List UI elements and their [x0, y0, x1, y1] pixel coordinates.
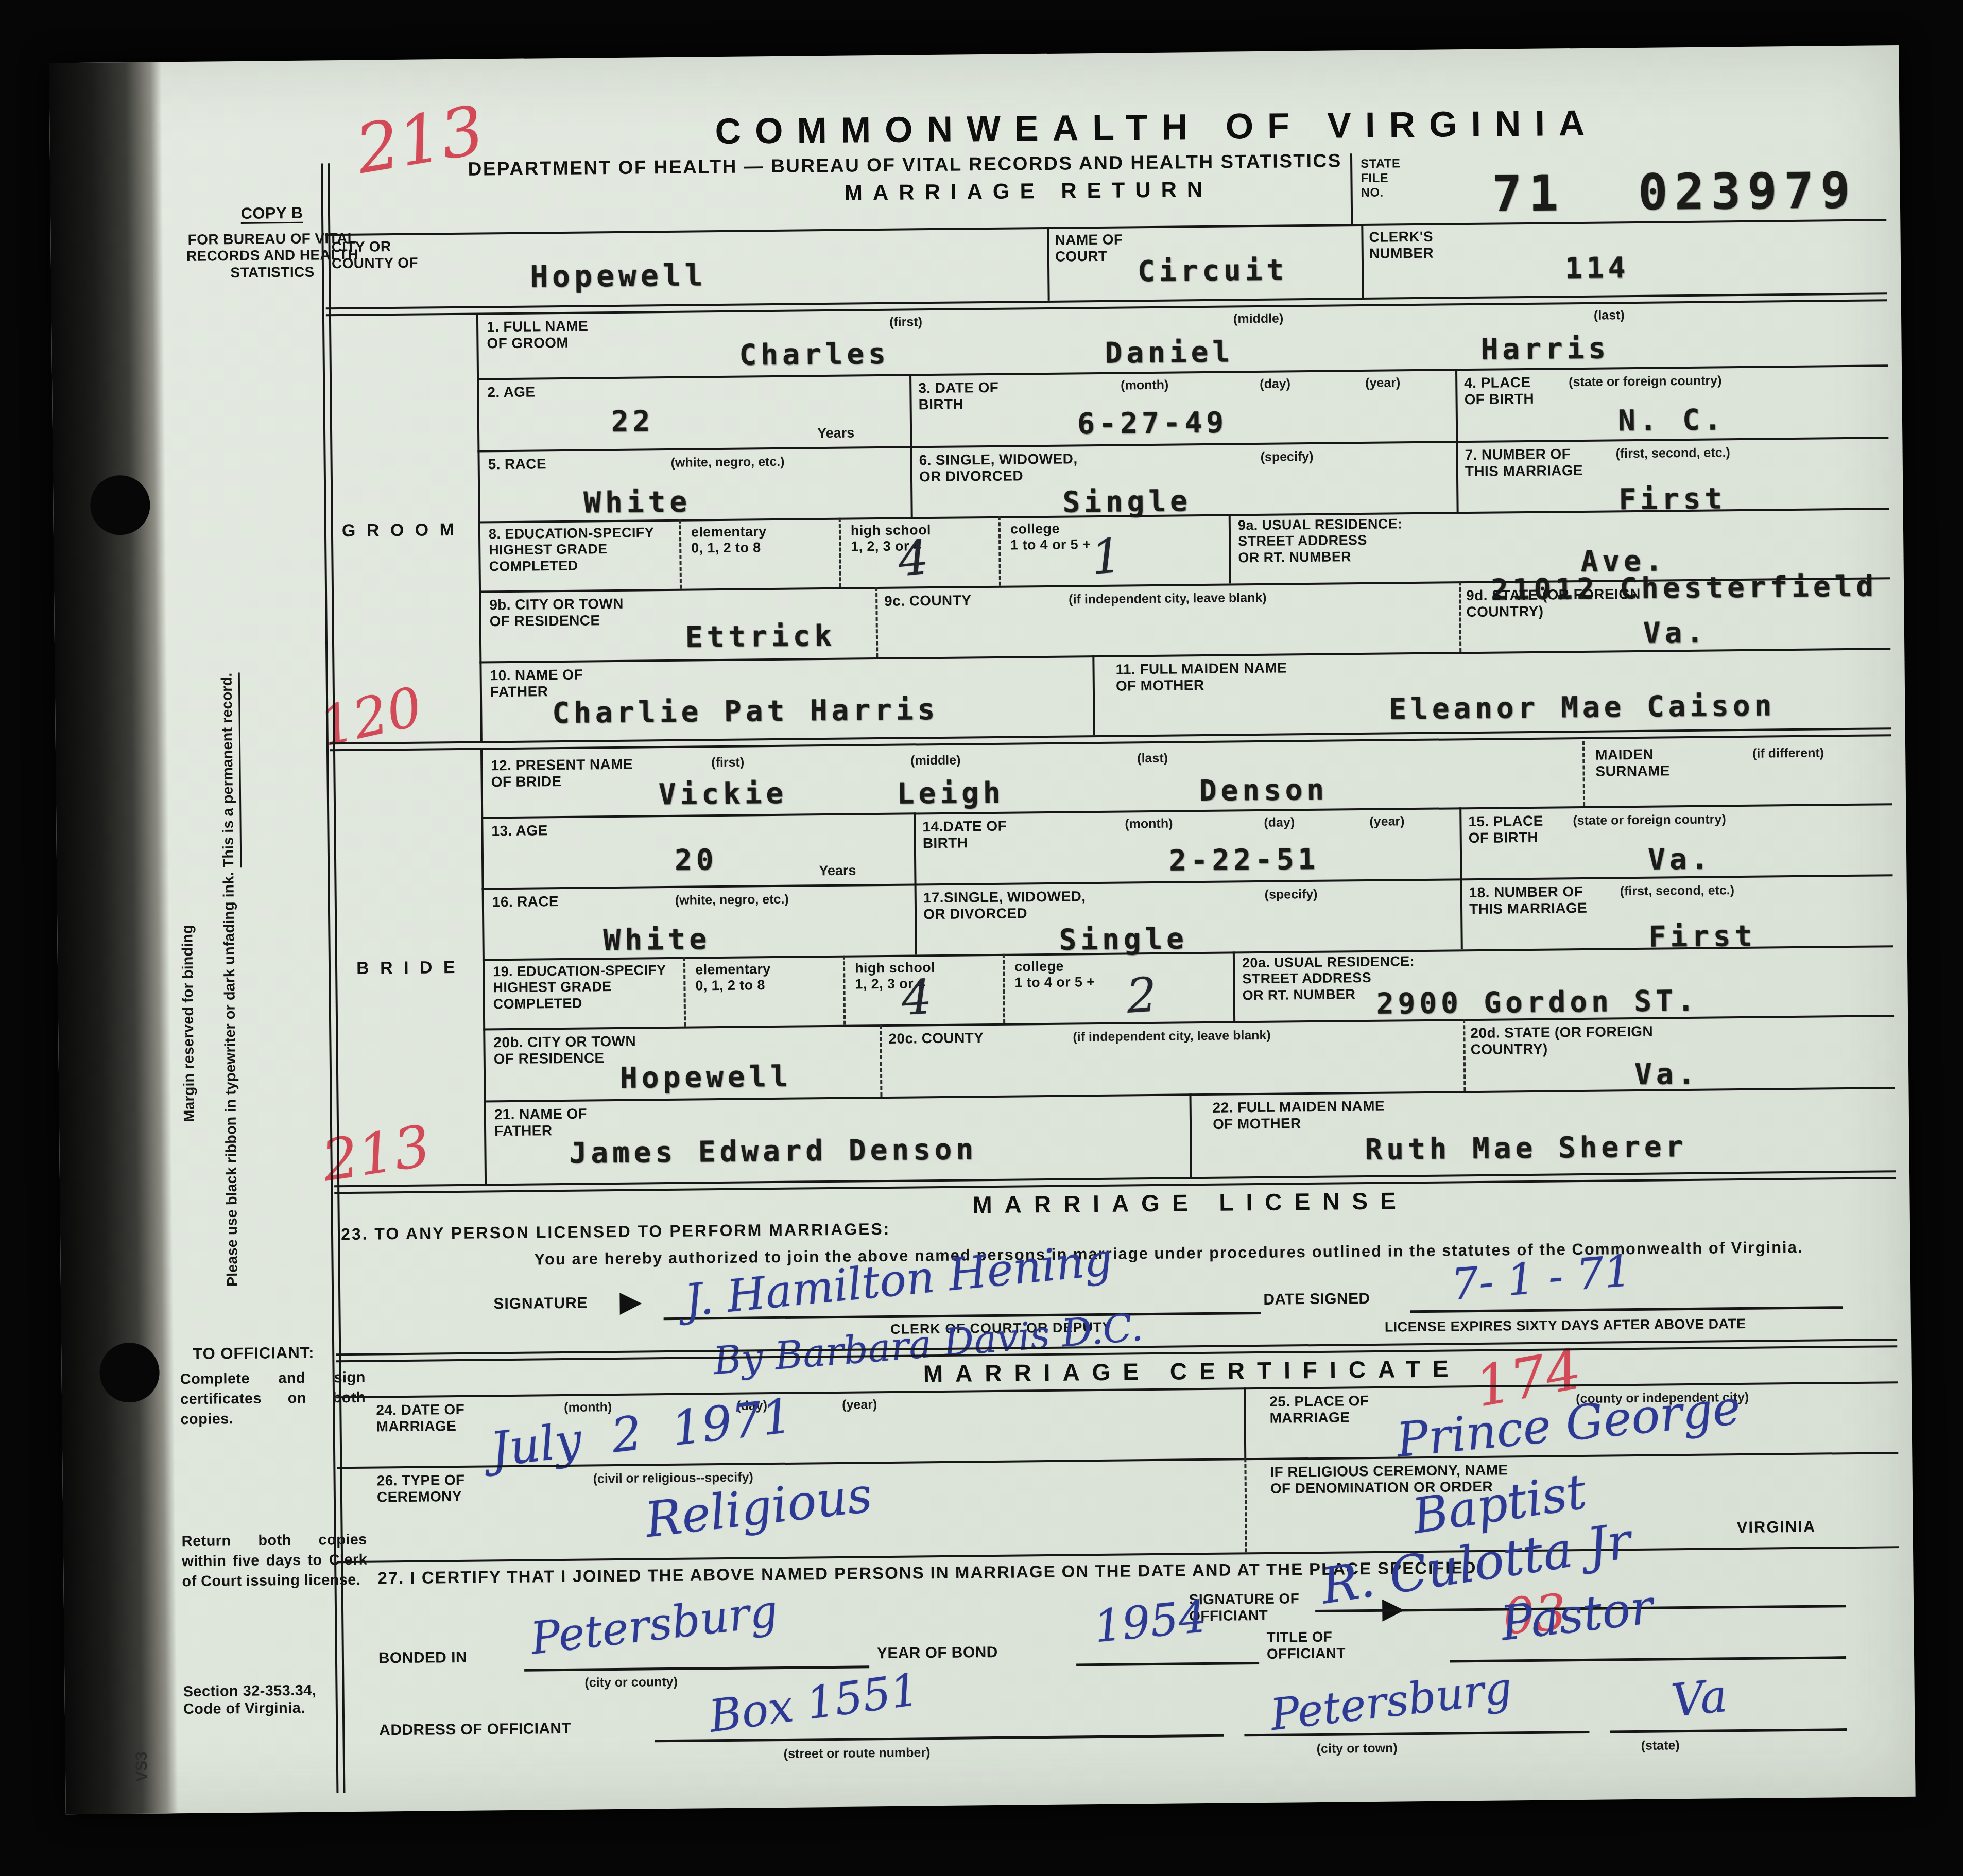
- divider-dashed: [1459, 581, 1461, 652]
- code-reference: Section 32-353.34, Code of Virginia.: [183, 1682, 316, 1718]
- divider-dashed: [880, 1024, 882, 1097]
- divider: [1092, 655, 1095, 735]
- address-city-value: Petersburg: [1268, 1662, 1514, 1740]
- groom-father-label: 10. NAME OF FATHER: [490, 667, 583, 701]
- bonded-in-line: [524, 1665, 869, 1671]
- groom-name-label: 1. FULL NAME OF GROOM: [487, 318, 589, 352]
- bond-year-label: YEAR OF BOND: [877, 1644, 998, 1663]
- groom-age-label: 2. AGE: [487, 384, 535, 401]
- groom-marital-value: Single: [1062, 484, 1192, 519]
- groom-last-value: Harris: [1480, 332, 1610, 366]
- permanent-record-note: This is a permanent record.: [219, 673, 237, 868]
- bride-county-sub: (if independent city, leave blank): [1073, 1028, 1271, 1045]
- ink-note: Please use black ribbon in typewriter or…: [220, 867, 241, 1287]
- bond-year-line: [1076, 1662, 1259, 1666]
- bride-pob-sub: (state or foreign country): [1573, 812, 1726, 828]
- divider-dashed: [839, 518, 841, 587]
- groom-race-sub: (white, negro, etc.): [671, 455, 785, 471]
- groom-highschool-value: 4: [896, 530, 931, 587]
- marriage-return-document: COPY B FOR BUREAU OF VITAL RECORDS AND H…: [49, 45, 1915, 1814]
- address-state-line: [1610, 1728, 1847, 1733]
- document-title: COMMONWEALTH OF VIRGINIA: [487, 100, 1827, 154]
- divider: [1189, 1093, 1192, 1177]
- bride-first-sub: (first): [711, 755, 744, 771]
- bride-pob-value: Va.: [1648, 843, 1713, 877]
- marriage-date-year-sub: (year): [842, 1397, 877, 1413]
- marriage-place-label: 25. PLACE OF MARRIAGE: [1269, 1393, 1369, 1427]
- groom-section-label: G R O O M: [342, 520, 457, 542]
- bride-marital-value: Single: [1059, 922, 1188, 957]
- groom-mother-label: 11. FULL MAIDEN NAME OF MOTHER: [1115, 659, 1287, 694]
- divider-dashed: [683, 957, 686, 1027]
- margin-note: Margin reserved for binding: [178, 731, 198, 1122]
- bonded-in-label: BONDED IN: [378, 1649, 467, 1667]
- groom-state-value: Va.: [1643, 616, 1708, 650]
- groom-marriage-number-sub: (first, second, etc.): [1615, 445, 1730, 461]
- groom-age-value: 22: [611, 405, 655, 439]
- bride-elementary-label: elementary 0, 1, 2 to 8: [695, 961, 771, 994]
- virginia-printed-label: VIRGINIA: [1736, 1518, 1816, 1537]
- bride-race-sub: (white, negro, etc.): [675, 892, 789, 908]
- bride-age-unit: Years: [819, 863, 856, 879]
- bride-marital-label: 17.SINGLE, WIDOWED, OR DIVORCED: [923, 888, 1086, 923]
- divider-dashed: [875, 587, 878, 657]
- groom-pob-label: 4. PLACE OF BIRTH: [1464, 374, 1534, 408]
- bride-residence-value: 2900 Gordon ST.: [1376, 984, 1699, 1021]
- groom-marital-sub: (specify): [1260, 449, 1313, 465]
- bride-county-label: 20c. COUNTY: [888, 1030, 984, 1047]
- groom-column-divider: [476, 313, 483, 741]
- bride-dob-value: 2-22-51: [1169, 843, 1320, 878]
- groom-pob-value: N. C.: [1618, 403, 1726, 438]
- ink-note-block: Please use black ribbon in typewriter or…: [217, 504, 242, 1287]
- groom-dob-year-sub: (year): [1365, 375, 1400, 391]
- bride-city-value: Hopewell: [620, 1060, 792, 1095]
- bonded-in-sub: (city or county): [584, 1675, 678, 1691]
- bride-city-label: 20b. CITY OR TOWN OF RESIDENCE: [493, 1033, 636, 1068]
- copy-label: COPY B: [177, 203, 367, 224]
- bride-dob-day-sub: (day): [1264, 815, 1295, 830]
- groom-middle-value: Daniel: [1105, 335, 1234, 370]
- groom-mother-value: Eleanor Mae Caison: [1389, 689, 1776, 726]
- arrow-right-icon: ▶: [619, 1287, 642, 1316]
- address-street-value: Box 1551: [706, 1664, 922, 1743]
- divider-dashed: [998, 516, 1001, 586]
- groom-marriage-number-label: 7. NUMBER OF THIS MARRIAGE: [1465, 446, 1583, 480]
- license-signature-label: SIGNATURE: [493, 1295, 588, 1314]
- divider: [1244, 1387, 1246, 1458]
- punch-hole-top: [90, 475, 150, 535]
- bonded-in-value: Petersburg: [528, 1585, 780, 1664]
- address-street-sub: (street or route number): [784, 1745, 931, 1762]
- binding-strip: [49, 62, 178, 1814]
- bride-mother-value: Ruth Mae Sherer: [1365, 1130, 1687, 1167]
- bride-marriage-number-label: 18. NUMBER OF THIS MARRIAGE: [1469, 883, 1588, 918]
- bride-column-divider: [480, 748, 487, 1184]
- clerk-number-value: 114: [1565, 251, 1630, 285]
- certify-statement: 27. I CERTIFY THAT I JOINED THE ABOVE NA…: [377, 1558, 1482, 1588]
- groom-first-value: Charles: [739, 337, 890, 372]
- state-file-value: 71 023979: [1492, 162, 1857, 223]
- form-code: VS3: [132, 1699, 151, 1782]
- groom-last-sub: (last): [1594, 308, 1625, 323]
- bride-state-value: Va.: [1634, 1057, 1699, 1091]
- divider-city-court: [1047, 227, 1049, 301]
- bride-college-value: 2: [1125, 967, 1158, 1023]
- groom-dob-label: 3. DATE OF BIRTH: [918, 379, 999, 413]
- bride-middle-sub: (middle): [910, 753, 960, 769]
- bride-first-value: Vickie: [659, 777, 788, 811]
- punch-hole-bottom: [99, 1343, 160, 1403]
- rule: [483, 1015, 1894, 1030]
- ceremony-type-label: 26. TYPE OF CEREMONY: [376, 1472, 465, 1506]
- bride-name-label: 12. PRESENT NAME OF BRIDE: [491, 756, 633, 791]
- officiant-title-label: TITLE OF OFFICIANT: [1266, 1628, 1346, 1662]
- bride-marriage-number-sub: (first, second, etc.): [1620, 883, 1735, 899]
- state-file-label: STATE FILE NO.: [1361, 157, 1401, 200]
- bond-year-value: 1954: [1092, 1591, 1209, 1653]
- groom-county-sub: (if independent city, leave blank): [1069, 590, 1267, 607]
- bride-age-value: 20: [675, 843, 718, 877]
- bride-race-label: 16. RACE: [492, 893, 559, 911]
- groom-city-value: Ettrick: [685, 619, 836, 654]
- bride-dob-label: 14.DATE OF BIRTH: [922, 818, 1007, 853]
- groom-race-value: White: [583, 485, 691, 520]
- bride-last-sub: (last): [1137, 751, 1168, 767]
- rule: [338, 1546, 1899, 1563]
- groom-race-label: 5. RACE: [488, 456, 547, 473]
- divider-dashed: [1582, 741, 1585, 806]
- bride-race-value: White: [603, 923, 711, 957]
- city-or-county-value: Hopewell: [530, 257, 707, 294]
- bride-father-label: 21. NAME OF FATHER: [494, 1106, 588, 1140]
- city-or-county-label: CITY OR COUNTY OF: [331, 238, 418, 273]
- court-label: NAME OF COURT: [1055, 231, 1123, 265]
- bride-age-label: 13. AGE: [491, 822, 547, 840]
- marriage-date-label: 24. DATE OF MARRIAGE: [376, 1401, 465, 1436]
- bride-section-label: B R I D E: [356, 958, 458, 979]
- divider-court-clerk: [1361, 224, 1364, 298]
- groom-age-unit: Years: [817, 425, 854, 442]
- groom-dob-value: 6-27-49: [1077, 406, 1228, 441]
- bride-education-label: 19. EDUCATION-SPECIFY HIGHEST GRADE COMP…: [493, 962, 666, 1012]
- groom-first-sub: (first): [889, 315, 922, 330]
- bride-highschool-value: 4: [900, 969, 933, 1026]
- groom-middle-sub: (middle): [1233, 311, 1283, 326]
- groom-dob-month-sub: (month): [1121, 378, 1168, 393]
- groom-state-label: 9d. STATE (OR FOREIGN COUNTRY): [1466, 586, 1641, 621]
- divider: [1233, 951, 1235, 1021]
- divider: [1229, 514, 1231, 583]
- bride-mother-label: 22. FULL MAIDEN NAME OF MOTHER: [1213, 1098, 1385, 1133]
- bride-college-label: college 1 to 4 or 5 +: [1014, 958, 1095, 991]
- bride-father-value: James Edward Denson: [569, 1133, 977, 1170]
- license-addressee: 23. TO ANY PERSON LICENSED TO PERFORM MA…: [341, 1220, 891, 1244]
- groom-education-label: 8. EDUCATION-SPECIFY HIGHEST GRADE COMPL…: [489, 525, 655, 575]
- date-signed-label: DATE SIGNED: [1263, 1290, 1370, 1309]
- bride-maiden-surname-label: MAIDEN SURNAME: [1595, 746, 1670, 780]
- groom-residence-label: 9a. USUAL RESIDENCE: STREET ADDRESS OR R…: [1238, 516, 1403, 566]
- divider-dashed: [1463, 1019, 1466, 1091]
- officiant-address-label: ADDRESS OF OFFICIANT: [379, 1720, 571, 1740]
- clerk-number-label: CLERK'S NUMBER: [1369, 229, 1434, 263]
- bride-dob-month-sub: (month): [1125, 817, 1173, 832]
- divider-dashed: [843, 956, 846, 1025]
- address-state-sub: (state): [1641, 1738, 1680, 1753]
- rule-court-bottom: [326, 292, 1887, 316]
- address-state-value: Va: [1669, 1669, 1729, 1727]
- officiant-title-line: [1450, 1656, 1846, 1662]
- to-officiant-heading: TO OFFICIANT:: [193, 1344, 315, 1363]
- divider-dashed: [1003, 954, 1005, 1023]
- form-name: MARRIAGE RETURN: [488, 173, 1569, 209]
- groom-college-label: college 1 to 4 or 5 +: [1010, 520, 1091, 553]
- groom-marital-label: 6. SINGLE, WIDOWED, OR DIVORCED: [919, 450, 1077, 485]
- groom-father-value: Charlie Pat Harris: [552, 693, 939, 730]
- bride-last-value: Denson: [1199, 773, 1329, 808]
- groom-pob-sub: (state or foreign country): [1569, 373, 1722, 390]
- court-value: Circuit: [1138, 253, 1288, 288]
- groom-elementary-label: elementary 0, 1, 2 to 8: [691, 524, 767, 557]
- groom-college-value: 1: [1089, 528, 1124, 585]
- license-expiry-note: LICENSE EXPIRES SIXTY DAYS AFTER ABOVE D…: [1385, 1316, 1746, 1335]
- groom-county-label: 9c. COUNTY: [884, 592, 971, 610]
- bride-dob-year-sub: (year): [1369, 814, 1404, 829]
- bride-pob-label: 15. PLACE OF BIRTH: [1468, 813, 1543, 847]
- bride-middle-value: Leigh: [897, 776, 1005, 811]
- bride-state-label: 20d. STATE (OR FOREIGN COUNTRY): [1470, 1023, 1653, 1058]
- address-city-sub: (city or town): [1317, 1741, 1398, 1757]
- divider-dashed: [1244, 1458, 1247, 1552]
- bride-marital-sub: (specify): [1265, 887, 1318, 902]
- bride-maiden-surname-sub: (if different): [1752, 745, 1824, 761]
- groom-dob-day-sub: (day): [1260, 376, 1290, 392]
- groom-city-label: 9b. CITY OR TOWN OF RESIDENCE: [489, 596, 624, 630]
- divider-dashed: [679, 519, 682, 589]
